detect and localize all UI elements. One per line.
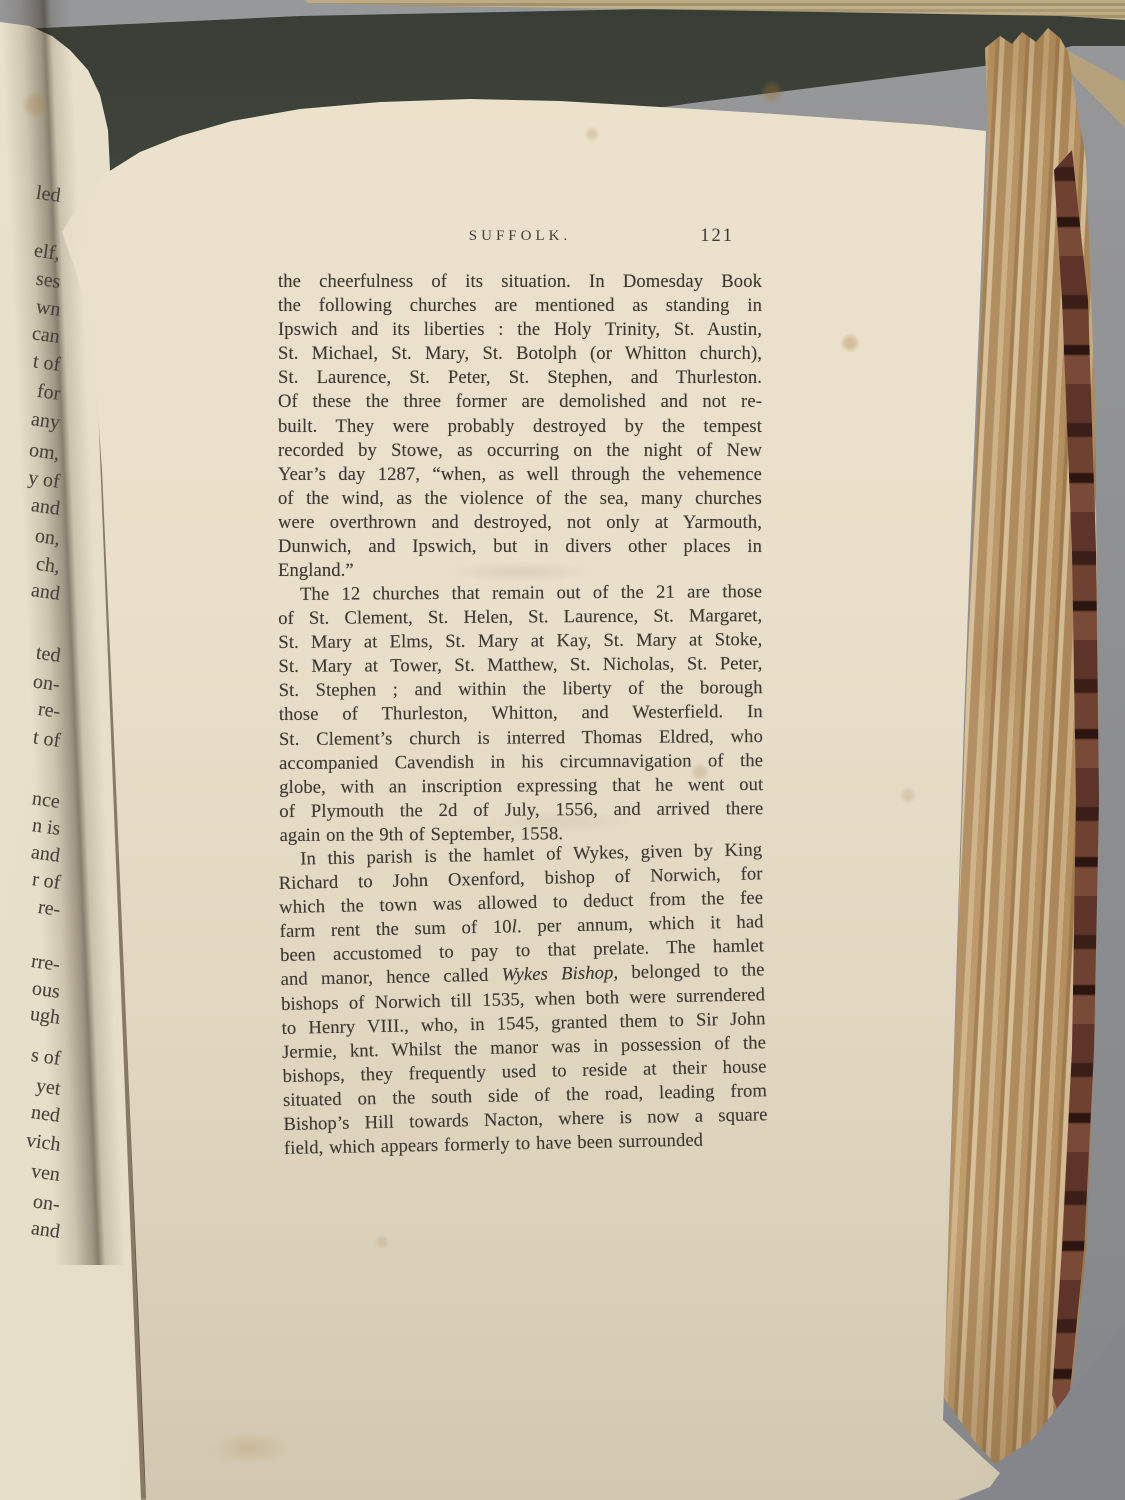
book-photo: SUFFOLK. 121 the cheerfulness of its sit…	[0, 0, 1125, 1500]
text-line: St. Mary at Elms, St. Mary at Kay, St. M…	[278, 628, 762, 655]
text-line: Year’s day 1287, “when, as well through …	[278, 463, 762, 487]
text-line: St. Stephen ; and within the liberty of …	[279, 677, 763, 704]
facing-page-text-fragment: led	[34, 182, 61, 207]
facing-page-text-fragment: ned	[30, 1101, 62, 1127]
facing-page-text-fragment: t of	[32, 726, 62, 752]
text-line: The 12 churches that remain out of the 2…	[278, 580, 762, 607]
paragraph: In this parish is the hamlet of Wykes, g…	[278, 839, 768, 1162]
text-line: St. Clement’s church is interred Thomas …	[279, 725, 763, 752]
paragraph: The 12 churches that remain out of the 2…	[278, 580, 764, 848]
text-line: globe, with an inscription expressing th…	[279, 773, 763, 800]
facing-page-text-fragment: s of	[29, 1044, 61, 1070]
facing-page-text-fragment: om,	[28, 439, 61, 465]
facing-page-text-fragment: and	[30, 579, 62, 605]
text-line: recorded by Stowe, as occurring on the n…	[278, 439, 762, 463]
facing-page-text-fragment: re-	[36, 896, 61, 921]
page-number: 121	[700, 226, 734, 247]
facing-page-text-fragment: ven	[30, 1160, 62, 1186]
facing-page-text-fragment: ous	[31, 977, 62, 1003]
text-line: of St. Clement, St. Helen, St. Laurence,…	[278, 604, 762, 631]
facing-page-text-fragment: on-	[32, 1190, 61, 1215]
text-line: St. Mary at Tower, St. Matthew, St. Nich…	[278, 653, 762, 680]
facing-page-text-fragment: nce	[31, 787, 62, 813]
text-line: of Plymouth the 2d of July, 1556, and ar…	[279, 797, 763, 824]
facing-page-text-fragment: and	[30, 1217, 62, 1243]
facing-page-text-fragment: t of	[32, 350, 62, 376]
text-line: St. Michael, St. Mary, St. Botolph (or W…	[278, 342, 762, 366]
facing-page-text-fragment: any	[30, 408, 62, 434]
facing-page-text-fragment: rre-	[30, 950, 62, 976]
facing-page-text-fragment: ted	[34, 642, 61, 667]
text-line: St. Laurence, St. Peter, St. Stephen, an…	[278, 366, 762, 390]
text-line: Ipswich and its liberties : the Holy Tri…	[278, 318, 762, 342]
facing-page-text-fragment: vich	[24, 1129, 61, 1156]
text-line: built. They were probably destroyed by t…	[278, 415, 762, 439]
facing-page-text-fragment: on-	[32, 670, 61, 695]
running-title: SUFFOLK.	[278, 228, 762, 245]
facing-page-text-fragment: can	[31, 322, 62, 348]
paragraph: the cheerfulness of its situation. In Do…	[278, 270, 762, 583]
facing-page-text-fragment: for	[35, 380, 61, 405]
text-line: of the wind, as the violence of the sea,…	[278, 487, 762, 511]
facing-page-text-fragment: r of	[30, 868, 61, 894]
facing-page-text-fragment: and	[30, 841, 62, 867]
facing-page-text-fragment: y of	[27, 467, 61, 493]
facing-page-text-fragment: ugh	[29, 1003, 62, 1029]
text-block: the cheerfulness of its situation. In Do…	[278, 270, 762, 1161]
facing-page-text-fragment: yet	[34, 1075, 61, 1100]
facing-page-text-fragment: ch,	[35, 553, 62, 578]
facing-page-text-fragment: re-	[36, 698, 61, 723]
text-line: Of these the three former are demolished…	[278, 390, 762, 414]
facing-page-text-fragment: on,	[34, 525, 62, 550]
facing-page-text-fragment: wn	[34, 296, 61, 321]
facing-page-fragments: ledelf,seswncant offoranyom,y ofandon,ch…	[0, 0, 64, 1500]
facing-page-text-fragment: ses	[34, 268, 61, 293]
facing-page-text-fragment: and	[30, 494, 62, 520]
text-line: Dunwich, and Ipswich, but in divers othe…	[278, 535, 762, 559]
text-line: those of Thurleston, Whitton, and Wester…	[279, 701, 763, 728]
text-line: the following churches are mentioned as …	[278, 294, 762, 318]
page-header: SUFFOLK. 121	[278, 228, 762, 254]
facing-page-text-fragment: elf,	[33, 239, 62, 264]
text-line: were overthrown and destroyed, not only …	[278, 511, 762, 535]
text-line: accompanied Cavendish in his circumnavig…	[279, 749, 763, 776]
text-line: the cheerfulness of its situation. In Do…	[278, 270, 762, 294]
facing-page-text-fragment: n is	[30, 814, 61, 840]
